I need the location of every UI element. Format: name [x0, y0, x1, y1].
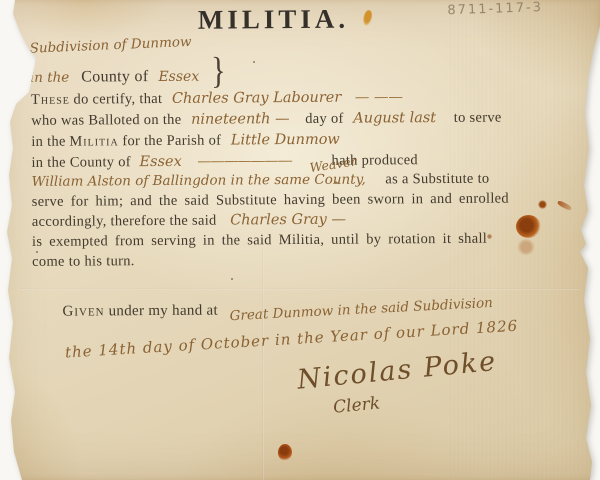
given-text: under my hand at [109, 303, 218, 321]
balloted-text-b: day of [305, 111, 344, 128]
body-line-2: who was Balloted on the nineteenth — day… [31, 110, 502, 130]
county-name: Essex [158, 69, 199, 85]
parish-text-b: for the Parish of [122, 133, 221, 151]
body-line-8: is exempted from serving in the said Mil… [32, 231, 487, 251]
document-title: MILITIA. [158, 3, 388, 36]
body-line-9: come to his turn. [32, 253, 135, 271]
parish-name: Little Dunmow [231, 132, 340, 149]
county-line-hand-prefix: in the [30, 70, 70, 86]
body-line-1: These do certify, that Charles Gray Labo… [31, 89, 403, 109]
header-brace: } [211, 50, 226, 93]
balloted-man-name: Charles Gray Labourer [172, 90, 341, 107]
rust-stain-tiny-dot [487, 234, 492, 239]
signer-title: Clerk [332, 393, 381, 417]
clerk-signature: Nicolas Poke [296, 346, 499, 396]
scanned-document: MILITIA. 8711-117-3 Subdivision of Dunmo… [0, 0, 600, 480]
body-line-7: accordingly, therefore the said Charles … [32, 212, 346, 231]
therefore-text: accordingly, therefore the said [32, 213, 217, 231]
body-line-4: in the County of Essex ——————— hath prod… [31, 152, 471, 172]
paper-speck-3 [36, 251, 38, 253]
paper-speck-1 [253, 61, 255, 63]
county-text: in the County of [31, 154, 131, 172]
rust-stain-faint [517, 239, 535, 255]
fill-dash: — —— [355, 89, 403, 105]
document-content: MILITIA. 8711-117-3 Subdivision of Dunmo… [0, 0, 600, 480]
body-line-6: serve for him; and the said Substitute h… [32, 191, 509, 211]
militia-word: Militia [69, 133, 118, 150]
certify-word: These [31, 92, 70, 109]
rust-stain-dot [538, 200, 547, 209]
body-line-3: in the Militia for the Parish of Little … [31, 132, 340, 151]
substitute-text: as a Substitute to [385, 171, 489, 189]
substitute-name: William Alston of Ballingdon in the same… [32, 172, 366, 190]
certify-text: do certify, that [73, 91, 162, 109]
parish-text-a: in the [31, 134, 66, 151]
ballot-day: nineteenth — [191, 111, 290, 128]
body-line-5: William Alston of Ballingdon in the same… [32, 171, 490, 191]
given-line: Given under my hand at Great Dunmow in t… [62, 300, 493, 321]
catalog-number: 8711-117-3 [447, 0, 543, 18]
subdivision-line: Subdivision of Dunmow [29, 34, 191, 57]
county-line-printed: County of [81, 68, 148, 86]
fill-dash-long: ——————— [197, 153, 292, 170]
county-line: in the County of Essex } [30, 55, 226, 90]
given-word: Given [62, 303, 104, 320]
paper-shadow: MILITIA. 8711-117-3 Subdivision of Dunmo… [0, 0, 600, 480]
balloted-text-c: to serve [454, 110, 502, 127]
exempted-man-name: Charles Gray — [230, 212, 346, 229]
balloted-text-a: who was Balloted on the [31, 112, 181, 130]
paper-sheet: MILITIA. 8711-117-3 Subdivision of Dunmo… [0, 0, 600, 480]
rust-stain-large [516, 215, 541, 238]
bottom-ink-stain [278, 444, 292, 461]
paper-speck-2 [231, 278, 233, 280]
ballot-month: August last [353, 110, 436, 127]
county-name-body: Essex [139, 154, 181, 170]
